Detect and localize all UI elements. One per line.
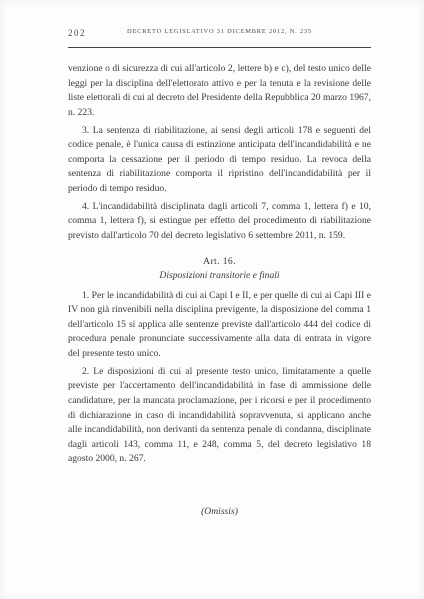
article-title: Disposizioni transitorie e finali [68,269,371,284]
article-paragraph-comma-1: 1. Per le incandidabilità di cui ai Capi… [68,289,371,362]
body-text: venzione o di sicurezza di cui all'artic… [68,62,371,519]
article-number-heading: Art. 16. [68,255,371,270]
running-head-title: DECRETO LEGISLATIVO 31 DICEMBRE 2012, N.… [68,28,371,35]
article-paragraph-comma-2: 2. Le disposizioni di cui al presente te… [68,365,371,467]
paragraph-comma-3: 3. La sentenza di riabilitazione, ai sen… [68,124,371,197]
omissis-marker: (Omissis) [68,505,371,520]
paragraph-comma-4: 4. L'incandidabilità disciplinata dagli … [68,200,371,244]
page: 202 DECRETO LEGISLATIVO 31 DICEMBRE 2012… [0,0,424,599]
running-header: 202 DECRETO LEGISLATIVO 31 DICEMBRE 2012… [68,28,371,41]
scanned-book-page: { "page": { "number": "202", "running_he… [0,0,424,599]
paragraph-continuation: venzione o di sicurezza di cui all'artic… [68,62,371,120]
header-rule [68,47,371,48]
